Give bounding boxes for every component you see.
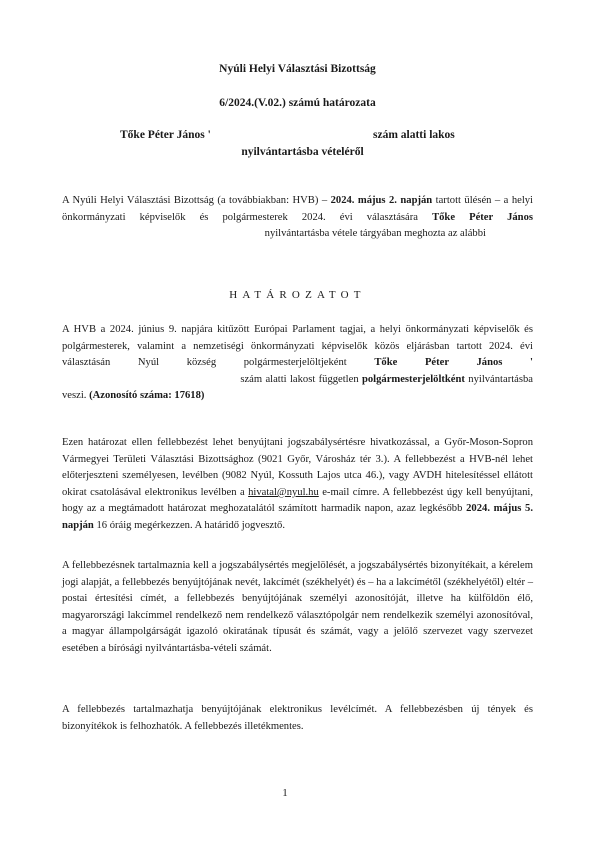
requirements-paragraph: A fellebbezésnek tartalmaznia kell a jog… (62, 558, 533, 658)
committee-title: Nyúli Helyi Választási Bizottság (0, 63, 595, 75)
intro-date: 2024. május 2. napján (331, 195, 433, 206)
subject-address-suffix: szám alatti lakos (373, 129, 455, 141)
document-page: Nyúli Helyi Választási Bizottság 6/2024.… (0, 0, 595, 842)
candidate-id: (Azonosító száma: 17618) (89, 390, 204, 401)
subject-line2: nyilvántartásba vételéről (0, 146, 595, 158)
decision-text-2: szám alatti lakost független (237, 374, 362, 385)
resolution-number: 6/2024.(V.02.) számú határozata (0, 97, 595, 109)
intro-text-3: nyilvántartásba vétele tárgyában meghozt… (262, 228, 486, 239)
appeal-text-3: 16 óráig megérkezzen. A határidő jogvesz… (94, 520, 285, 531)
decision-role: polgármesterjelöltként (362, 374, 465, 385)
intro-paragraph: A Nyúli Helyi Választási Bizottság (a to… (62, 193, 533, 243)
decision-paragraph: A HVB a 2024. június 9. napjára kitűzött… (62, 322, 533, 405)
closing-paragraph: A fellebbezés tartalmazhatja benyújtóján… (62, 702, 533, 735)
page-number: 1 (0, 787, 570, 799)
subject-name: Tőke Péter János ' (120, 129, 211, 141)
decision-name: Tőke Péter János ' (374, 357, 533, 368)
email-link[interactable]: hivatal@nyul.hu (248, 487, 319, 498)
decision-heading: HATÁROZATOT (0, 289, 595, 301)
appeal-paragraph: Ezen határozat ellen fellebbezést lehet … (62, 435, 533, 535)
intro-name: Tőke Péter János (432, 212, 533, 223)
intro-text-1: A Nyúli Helyi Választási Bizottság (a to… (62, 195, 331, 206)
